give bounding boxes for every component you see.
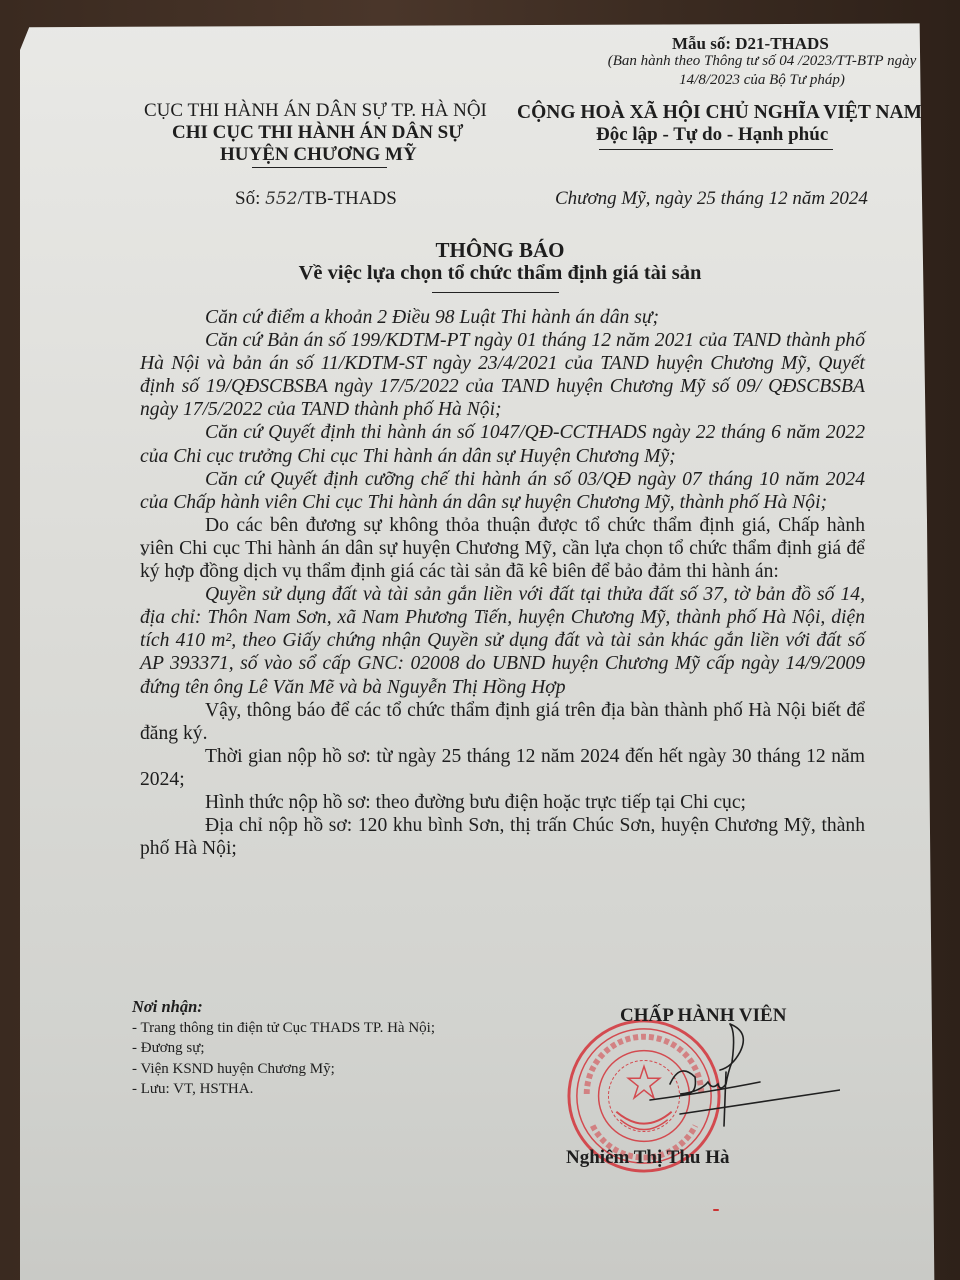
notice-paragraph: Vậy, thông báo để các tổ chức thẩm định … bbox=[140, 699, 865, 745]
submission-method: Hình thức nộp hồ sơ: theo đường bưu điện… bbox=[140, 791, 865, 814]
doc-number-label: Số: bbox=[235, 188, 265, 209]
asset-description: Quyền sử dụng đất và tài sản gắn liền vớ… bbox=[140, 583, 865, 698]
recipient-item: - Viện KSND huyện Chương Mỹ; bbox=[132, 1059, 435, 1080]
legal-basis-4: Căn cứ Quyết định cưỡng chế thi hành án … bbox=[140, 468, 865, 514]
document-number: Số: 552/TB-THADS bbox=[235, 188, 397, 210]
signer-name: Nghiêm Thị Thu Hà bbox=[566, 1147, 730, 1169]
national-title: CỘNG HOÀ XÃ HỘI CHỦ NGHĨA VIỆT NAM bbox=[517, 102, 922, 124]
motto-underline bbox=[599, 149, 833, 150]
document-paper: Mẫu số: D21-THADS (Ban hành theo Thông t… bbox=[20, 12, 938, 1280]
signer-role: CHẤP HÀNH VIÊN bbox=[620, 1005, 786, 1027]
submission-address: Địa chỉ nộp hồ sơ: 120 khu bình Sơn, thị… bbox=[140, 814, 865, 860]
document-body: Căn cứ điểm a khoản 2 Điều 98 Luật Thi h… bbox=[140, 306, 865, 860]
document-page: Mẫu số: D21-THADS (Ban hành theo Thông t… bbox=[20, 12, 938, 1280]
legal-basis-3: Căn cứ Quyết định thi hành án số 1047/QĐ… bbox=[140, 421, 865, 467]
recipient-item: - Đương sự; bbox=[132, 1038, 435, 1059]
agency-underline bbox=[252, 167, 387, 168]
doc-number-suffix: /TB-THADS bbox=[298, 188, 397, 209]
agency-district: HUYỆN CHƯƠNG MỸ bbox=[220, 144, 417, 166]
reason-paragraph: Do các bên đương sự không thỏa thuận đượ… bbox=[140, 514, 865, 583]
document-title: THÔNG BÁO bbox=[20, 238, 960, 263]
submission-time: Thời gian nộp hồ sơ: từ ngày 25 tháng 12… bbox=[140, 745, 865, 791]
title-underline bbox=[432, 292, 559, 293]
doc-number-handwritten: 552 bbox=[265, 189, 297, 209]
place-date: Chương Mỹ, ngày 25 tháng 12 năm 2024 bbox=[555, 188, 868, 210]
recipient-item: - Trang thông tin điện tử Cục THADS TP. … bbox=[132, 1018, 435, 1039]
form-issuance-note: (Ban hành theo Thông tư số 04 /2023/TT-B… bbox=[587, 52, 937, 90]
handwritten-signature-icon bbox=[640, 1022, 840, 1132]
recipients-block: Nơi nhận: - Trang thông tin điện tử Cục … bbox=[132, 997, 435, 1100]
document-subtitle: Về việc lựa chọn tổ chức thẩm định giá t… bbox=[20, 262, 960, 285]
recipient-item: - Lưu: VT, HSTHA. bbox=[132, 1079, 435, 1100]
parent-agency: CỤC THI HÀNH ÁN DÂN SỰ TP. HÀ NỘI bbox=[144, 100, 487, 122]
national-motto: Độc lập - Tự do - Hạnh phúc bbox=[596, 124, 828, 146]
legal-basis-2: Căn cứ Bản án số 199/KDTM-PT ngày 01 thá… bbox=[140, 329, 865, 421]
form-code: Mẫu số: D21-THADS bbox=[672, 34, 829, 54]
red-ink-speck bbox=[713, 1209, 719, 1211]
sub-agency: CHI CỤC THI HÀNH ÁN DÂN SỰ bbox=[172, 122, 463, 144]
recipients-heading: Nơi nhận: bbox=[132, 997, 435, 1018]
legal-basis-1: Căn cứ điểm a khoản 2 Điều 98 Luật Thi h… bbox=[140, 306, 865, 329]
